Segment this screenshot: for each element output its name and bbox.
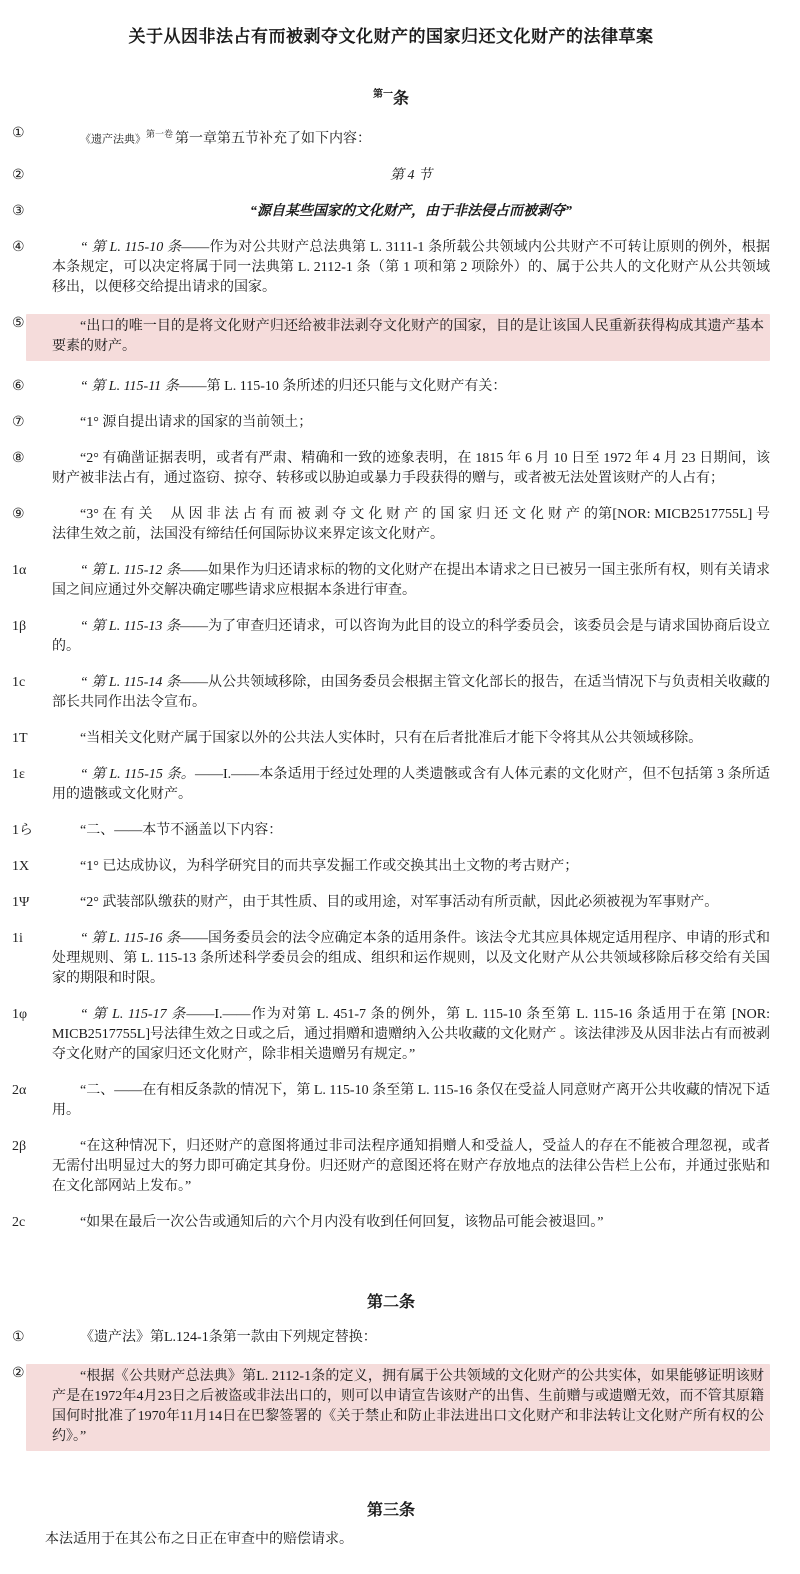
item-text: 第一章第五节补充了如下内容： <box>175 132 371 147</box>
item-marker: ⑦ <box>12 413 52 433</box>
item-marker: 1T <box>12 729 52 749</box>
item-marker: ⑧ <box>12 449 52 469</box>
article-number-lead: “ 第 L. 115-16 条 <box>80 931 180 946</box>
item-paragraph: “根据《公共财产总法典》第L. 2112-1条的定义，拥有属于公共领域的文化财产… <box>26 1364 770 1451</box>
item-marker: 1ε <box>12 765 52 785</box>
item-paragraph: “二、——在有相反条款的情况下，第 L. 115-10 条至第 L. 115-1… <box>52 1081 770 1121</box>
doc-item: 2c“如果在最后一次公告或通知后的六个月内没有收到任何回复，该物品可能会被退回。… <box>12 1213 770 1233</box>
article-3: 第三条 本法适用于在其公布之日正在审查中的赔偿请求。 <box>12 1497 770 1550</box>
doc-item: ②“根据《公共财产总法典》第L. 2112-1条的定义，拥有属于公共领域的文化财… <box>12 1364 770 1451</box>
article-number-lead: “ 第 L. 115-14 条 <box>80 675 180 690</box>
doc-item: ⑥“ 第 L. 115-11 条——第 L. 115-10 条所述的归还只能与文… <box>12 377 770 397</box>
doc-item: ①《遗产法典》第一卷第一章第五节补充了如下内容： <box>12 124 770 150</box>
item-text: “1° 已达成协议，为科学研究目的而共享发掘工作或交换其出土文物的考古财产； <box>80 859 578 874</box>
item-text: “2° 有确凿证据表明，或者有严肃、精确和一致的迹象表明，在 1815 年 6 … <box>52 451 770 486</box>
doc-item: ⑤“出口的唯一目的是将文化财产归还给被非法剥夺文化财产的国家，目的是让该国人民重… <box>12 314 770 361</box>
item-text: 第 4 节 <box>390 168 432 183</box>
item-paragraph: “在这种情况下，归还财产的意图将通过非司法程序通知捐赠人和受益人，受益人的存在不… <box>52 1137 770 1197</box>
item-text: “1° 源自提出请求的国家的当前领土； <box>80 415 312 430</box>
item-marker: 2c <box>12 1213 52 1233</box>
item-marker: ② <box>12 166 52 186</box>
article-2-items: ①《遗产法》第L.124-1条第一款由下列规定替换：②“根据《公共财产总法典》第… <box>12 1328 770 1451</box>
item-paragraph: “源自某些国家的文化财产，由于非法侵占而被剥夺” <box>52 202 770 222</box>
item-marker: 1ら <box>12 821 52 841</box>
article-1-heading: 第一条 <box>12 85 770 108</box>
item-marker: ① <box>12 1328 52 1348</box>
doc-item: 1X“1° 已达成协议，为科学研究目的而共享发掘工作或交换其出土文物的考古财产； <box>12 857 770 877</box>
item-paragraph: “ 第 L. 115-15 条。——I.——本条适用于经过处理的人类遗骸或含有人… <box>52 765 770 805</box>
item-text: “根据《公共财产总法典》第L. 2112-1条的定义，拥有属于公共领域的文化财产… <box>52 1369 764 1444</box>
doc-item: 1Ψ“2° 武装部队缴获的财产，由于其性质、目的或用途，对军事活动有所贡献，因此… <box>12 893 770 913</box>
doc-item: ②第 4 节 <box>12 166 770 186</box>
doc-item: ⑨“3° 在 有 关 从 因 非 法 占 有 而 被 剥 夺 文 化 财 产 的… <box>12 505 770 545</box>
document-page: 关于从因非法占有而被剥夺文化财产的国家归还文化财产的法律草案 第一条 ①《遗产法… <box>0 0 800 1574</box>
doc-item: 1i“ 第 L. 115-16 条——国务委员会的法令应确定本条的适用条件。该法… <box>12 929 770 989</box>
item-marker: ③ <box>12 202 52 222</box>
article-3-heading: 第三条 <box>12 1497 770 1520</box>
doc-item: 2β“在这种情况下，归还财产的意图将通过非司法程序通知捐赠人和受益人，受益人的存… <box>12 1137 770 1197</box>
item-paragraph: “1° 源自提出请求的国家的当前领土； <box>52 413 770 433</box>
doc-item: ④“ 第 L. 115-10 条——作为对公共财产总法典第 L. 3111-1 … <box>12 238 770 298</box>
item-paragraph: 《遗产法典》第一卷第一章第五节补充了如下内容： <box>52 124 770 150</box>
item-paragraph: “2° 有确凿证据表明，或者有严肃、精确和一致的迹象表明，在 1815 年 6 … <box>52 449 770 489</box>
item-paragraph: “ 第 L. 115-17 条——I.——作为对第 L. 451-7 条的例外，… <box>52 1005 770 1065</box>
doc-item: 1ε“ 第 L. 115-15 条。——I.——本条适用于经过处理的人类遗骸或含… <box>12 765 770 805</box>
doc-item: 1φ“ 第 L. 115-17 条——I.——作为对第 L. 451-7 条的例… <box>12 1005 770 1065</box>
article-number-lead: “ 第 L. 115-11 条 <box>80 379 179 394</box>
item-text: “如果在最后一次公告或通知后的六个月内没有收到任何回复，该物品可能会被退回。” <box>80 1215 603 1230</box>
code-volume-sup: 第一卷 <box>146 129 173 139</box>
article-1-items: ①《遗产法典》第一卷第一章第五节补充了如下内容：②第 4 节③“源自某些国家的文… <box>12 124 770 1233</box>
code-reference: 《遗产法典》 <box>80 134 146 146</box>
item-paragraph: “ 第 L. 115-14 条——从公共领域移除，由国务委员会根据主管文化部长的… <box>52 673 770 713</box>
article-3-body: 本法适用于在其公布之日正在审查中的赔偿请求。 <box>45 1530 770 1550</box>
article-1: 第一条 ①《遗产法典》第一卷第一章第五节补充了如下内容：②第 4 节③“源自某些… <box>12 85 770 1233</box>
item-marker: 1α <box>12 561 52 581</box>
article-1-heading-main: 条 <box>393 90 409 107</box>
doc-item: ③“源自某些国家的文化财产，由于非法侵占而被剥夺” <box>12 202 770 222</box>
item-paragraph: “当相关文化财产属于国家以外的公共法人实体时，只有在后者批准后才能下令将其从公共… <box>52 729 770 749</box>
doc-item: 1α“ 第 L. 115-12 条——如果作为归还请求标的物的文化财产在提出本请… <box>12 561 770 601</box>
item-marker: ⑨ <box>12 505 52 525</box>
article-2: 第二条 ①《遗产法》第L.124-1条第一款由下列规定替换：②“根据《公共财产总… <box>12 1289 770 1451</box>
item-text: “当相关文化财产属于国家以外的公共法人实体时，只有在后者批准后才能下令将其从公共… <box>80 731 702 746</box>
item-text: “源自某些国家的文化财产，由于非法侵占而被剥夺” <box>250 204 572 219</box>
article-number-lead: “ 第 L. 115-10 条 <box>80 240 181 255</box>
article-2-heading: 第二条 <box>12 1289 770 1312</box>
document-title: 关于从因非法占有而被剥夺文化财产的国家归还文化财产的法律草案 <box>12 22 770 47</box>
item-paragraph: “ 第 L. 115-11 条——第 L. 115-10 条所述的归还只能与文化… <box>52 377 770 397</box>
item-marker: 1Ψ <box>12 893 52 913</box>
doc-item: 1c“ 第 L. 115-14 条——从公共领域移除，由国务委员会根据主管文化部… <box>12 673 770 713</box>
item-marker: 2β <box>12 1137 52 1157</box>
item-marker: ① <box>12 124 52 144</box>
item-marker: 1φ <box>12 1005 52 1025</box>
item-paragraph: “出口的唯一目的是将文化财产归还给被非法剥夺文化财产的国家，目的是让该国人民重新… <box>26 314 770 361</box>
item-marker: 2α <box>12 1081 52 1101</box>
doc-item: 1T“当相关文化财产属于国家以外的公共法人实体时，只有在后者批准后才能下令将其从… <box>12 729 770 749</box>
item-paragraph: “3° 在 有 关 从 因 非 法 占 有 而 被 剥 夺 文 化 财 产 的 … <box>52 505 770 545</box>
article-number-lead: “ 第 L. 115-13 条 <box>80 619 180 634</box>
item-text: ——第 L. 115-10 条所述的归还只能与文化财产有关： <box>179 379 507 394</box>
item-text: “3° 在 有 关 从 因 非 法 占 有 而 被 剥 夺 文 化 财 产 的 … <box>52 507 770 542</box>
item-marker: 1β <box>12 617 52 637</box>
item-text: “二、——本节不涵盖以下内容： <box>80 823 282 838</box>
item-marker: ⑥ <box>12 377 52 397</box>
item-text: “在这种情况下，归还财产的意图将通过非司法程序通知捐赠人和受益人，受益人的存在不… <box>52 1139 770 1194</box>
item-paragraph: “ 第 L. 115-10 条——作为对公共财产总法典第 L. 3111-1 条… <box>52 238 770 298</box>
item-paragraph: “如果在最后一次公告或通知后的六个月内没有收到任何回复，该物品可能会被退回。” <box>52 1213 770 1233</box>
doc-item: 2α“二、——在有相反条款的情况下，第 L. 115-10 条至第 L. 115… <box>12 1081 770 1121</box>
doc-item: ⑦“1° 源自提出请求的国家的当前领土； <box>12 413 770 433</box>
item-paragraph: “二、——本节不涵盖以下内容： <box>52 821 770 841</box>
item-marker: 1i <box>12 929 52 949</box>
item-text: “出口的唯一目的是将文化财产归还给被非法剥夺文化财产的国家，目的是让该国人民重新… <box>52 319 764 354</box>
item-paragraph: “1° 已达成协议，为科学研究目的而共享发掘工作或交换其出土文物的考古财产； <box>52 857 770 877</box>
item-text: 《遗产法》第L.124-1条第一款由下列规定替换： <box>80 1330 377 1345</box>
item-marker: 1c <box>12 673 52 693</box>
item-paragraph: 《遗产法》第L.124-1条第一款由下列规定替换： <box>52 1328 770 1348</box>
item-marker: ④ <box>12 238 52 258</box>
item-paragraph: “ 第 L. 115-13 条——为了审查归还请求，可以咨询为此目的设立的科学委… <box>52 617 770 657</box>
item-paragraph: “ 第 L. 115-16 条——国务委员会的法令应确定本条的适用条件。该法令尤… <box>52 929 770 989</box>
article-number-lead: “ 第 L. 115-15 条。 <box>80 767 195 782</box>
article-1-heading-sup: 第一 <box>373 89 393 100</box>
item-marker: 1X <box>12 857 52 877</box>
item-text: “二、——在有相反条款的情况下，第 L. 115-10 条至第 L. 115-1… <box>52 1083 770 1118</box>
item-paragraph: “ 第 L. 115-12 条——如果作为归还请求标的物的文化财产在提出本请求之… <box>52 561 770 601</box>
item-text: “2° 武装部队缴获的财产，由于其性质、目的或用途，对军事活动有所贡献，因此必须… <box>80 895 718 910</box>
item-paragraph: 第 4 节 <box>52 166 770 186</box>
doc-item: 1ら“二、——本节不涵盖以下内容： <box>12 821 770 841</box>
doc-item: 1β“ 第 L. 115-13 条——为了审查归还请求，可以咨询为此目的设立的科… <box>12 617 770 657</box>
item-paragraph: “2° 武装部队缴获的财产，由于其性质、目的或用途，对军事活动有所贡献，因此必须… <box>52 893 770 913</box>
article-number-lead: “ 第 L. 115-17 条 <box>80 1007 186 1022</box>
doc-item: ⑧“2° 有确凿证据表明，或者有严肃、精确和一致的迹象表明，在 1815 年 6… <box>12 449 770 489</box>
article-number-lead: “ 第 L. 115-12 条 <box>80 563 180 578</box>
doc-item: ①《遗产法》第L.124-1条第一款由下列规定替换： <box>12 1328 770 1348</box>
